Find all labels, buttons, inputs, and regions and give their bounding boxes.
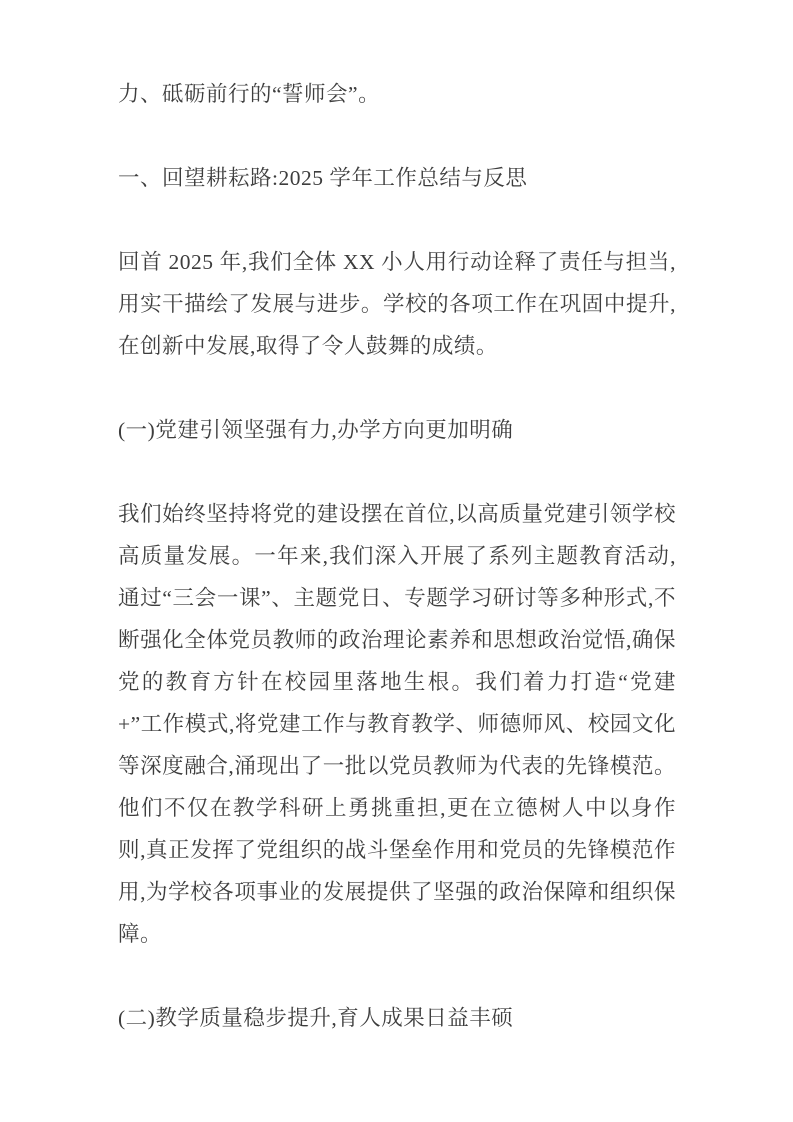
paragraph-tail-oath-meeting: 力、砥砺前行的“誓师会”。 (118, 73, 676, 115)
section-heading-1-review-2025: 一、回望耕耘路:2025 学年工作总结与反思 (118, 157, 676, 199)
paragraph-party-building-details: 我们始终坚持将党的建设摆在首位,以高质量党建引领学校高质量发展。一年来,我们深入… (118, 493, 676, 955)
document-body: 力、砥砺前行的“誓师会”。 一、回望耕耘路:2025 学年工作总结与反思 回首 … (0, 0, 793, 1039)
document-page: 力、砥砺前行的“誓师会”。 一、回望耕耘路:2025 学年工作总结与反思 回首 … (0, 0, 793, 1122)
paragraph-2025-review-intro: 回首 2025 年,我们全体 XX 小人用行动诠释了责任与担当,用实干描绘了发展… (118, 241, 676, 367)
subsection-heading-1-party-building: (一)党建引领坚强有力,办学方向更加明确 (118, 409, 676, 451)
subsection-heading-2-teaching-quality: (二)教学质量稳步提升,育人成果日益丰硕 (118, 997, 676, 1039)
